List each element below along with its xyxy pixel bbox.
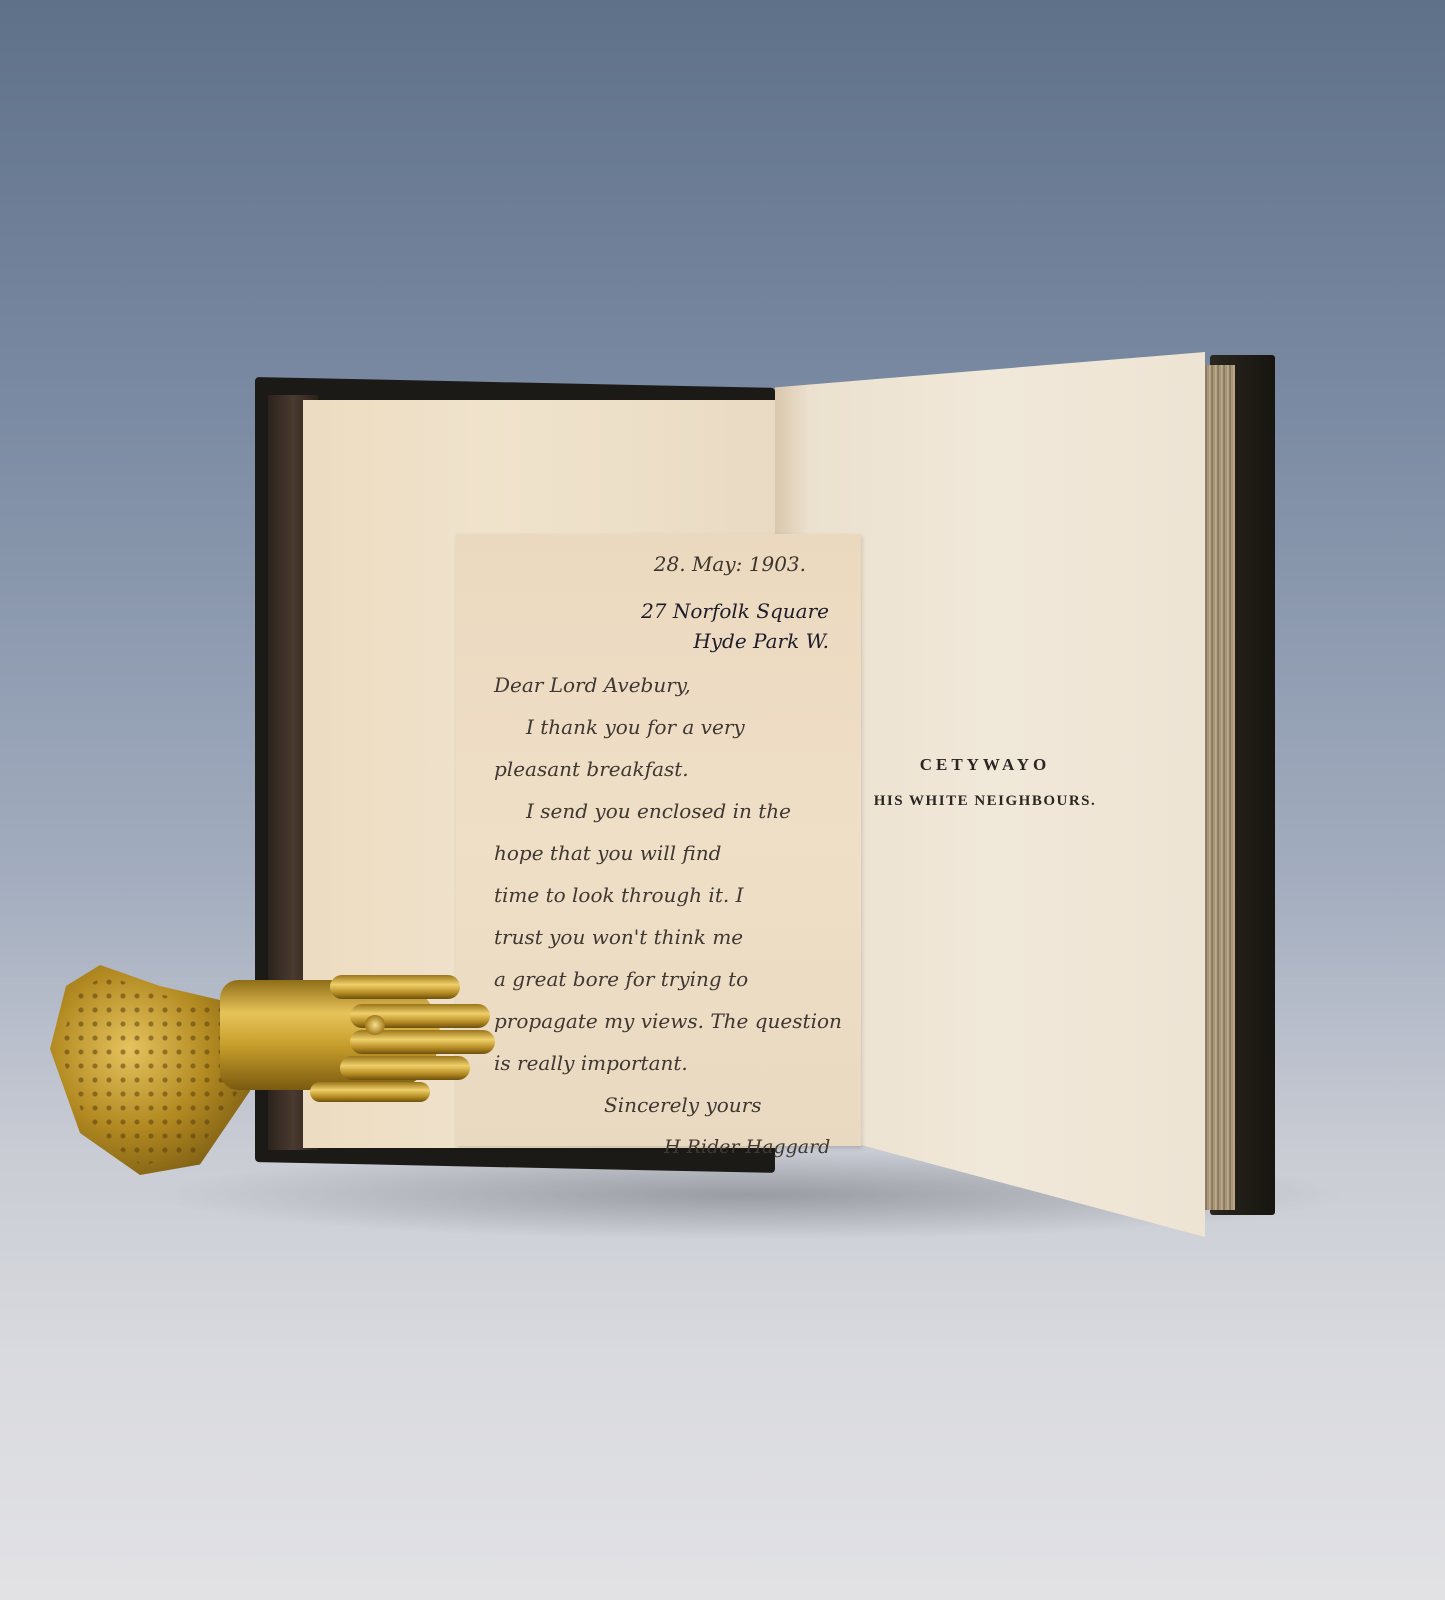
brass-finger <box>340 1056 470 1080</box>
brass-thumb <box>310 1082 430 1102</box>
letter-line: I thank you for a very <box>494 706 844 748</box>
letter-line: a great bore for trying to <box>494 958 844 1000</box>
letter-closing: Sincerely yours <box>494 1084 844 1126</box>
letter-date: 28. May: 1903. <box>654 552 806 576</box>
letter-line: is really important. <box>494 1042 844 1084</box>
brass-finger <box>330 975 460 999</box>
letter-signature: H Rider Haggard <box>494 1126 844 1168</box>
letter-line: trust you won't think me <box>494 916 844 958</box>
photo-scene: CETYWAYO HIS WHITE NEIGHBOURS. 28. May: … <box>0 0 1445 1600</box>
address-line-2: Hyde Park W. <box>641 626 829 656</box>
title-page-text: CETYWAYO HIS WHITE NEIGHBOURS. <box>855 755 1115 810</box>
address-line-1: 27 Norfolk Square <box>641 596 829 626</box>
handwritten-letter: 28. May: 1903. 27 Norfolk Square Hyde Pa… <box>456 534 861 1146</box>
letter-address: 27 Norfolk Square Hyde Park W. <box>641 596 829 656</box>
letter-line: pleasant breakfast. <box>494 748 844 790</box>
letter-line: time to look through it. I <box>494 874 844 916</box>
letter-line: propagate my views. The question <box>494 1000 844 1042</box>
ring-icon <box>365 1015 385 1035</box>
letter-line: I send you enclosed in the <box>494 790 844 832</box>
book-title: CETYWAYO <box>855 755 1115 775</box>
book-subtitle: HIS WHITE NEIGHBOURS. <box>855 793 1115 810</box>
letter-salutation: Dear Lord Avebury, <box>494 664 844 706</box>
letter-line: hope that you will find <box>494 832 844 874</box>
letter-body: Dear Lord Avebury, I thank you for a ver… <box>494 664 844 1168</box>
